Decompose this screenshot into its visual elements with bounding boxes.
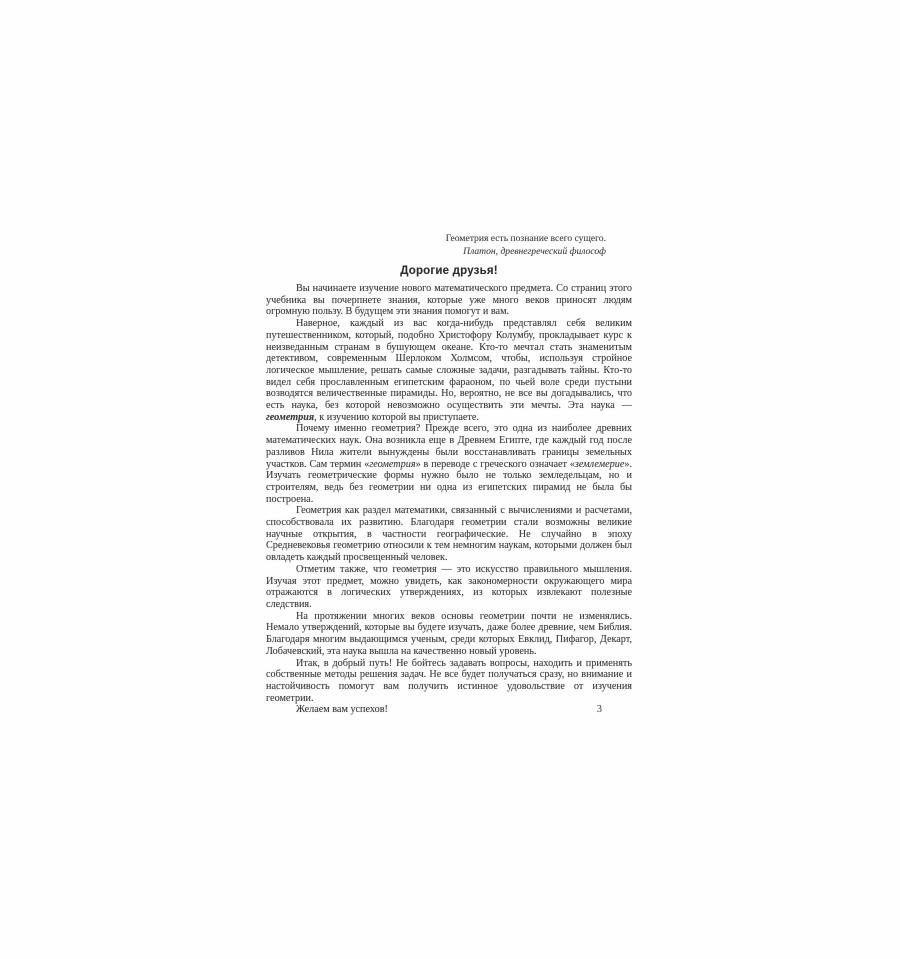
page-title: Дорогие друзья! bbox=[266, 264, 632, 278]
paragraph: Наверное, каждый из вас когда-нибудь пре… bbox=[266, 318, 632, 423]
epigraph-quote: Геометрия есть познание всего сущего. bbox=[266, 232, 606, 245]
paragraph-list: Вы начинаете изучение нового математичес… bbox=[266, 283, 632, 716]
epigraph-author: Платон, древнегреческий философ bbox=[266, 245, 606, 258]
book-page: Геометрия есть познание всего сущего. Пл… bbox=[0, 0, 900, 959]
paragraph: Отметим также, что геометрия — это искус… bbox=[266, 564, 632, 611]
paragraph: Вы начинаете изучение нового математичес… bbox=[266, 283, 632, 318]
paragraph: На протяжении многих веков основы геомет… bbox=[266, 611, 632, 658]
page-number: 3 bbox=[266, 704, 632, 715]
paragraph: Геометрия как раздел математики, связанн… bbox=[266, 505, 632, 564]
epigraph: Геометрия есть познание всего сущего. Пл… bbox=[266, 232, 632, 258]
paragraph: Итак, в добрый путь! Не бойтесь задавать… bbox=[266, 658, 632, 705]
text-block: Геометрия есть познание всего сущего. Пл… bbox=[266, 232, 632, 716]
paragraph: Почему именно геометрия? Прежде всего, э… bbox=[266, 423, 632, 505]
